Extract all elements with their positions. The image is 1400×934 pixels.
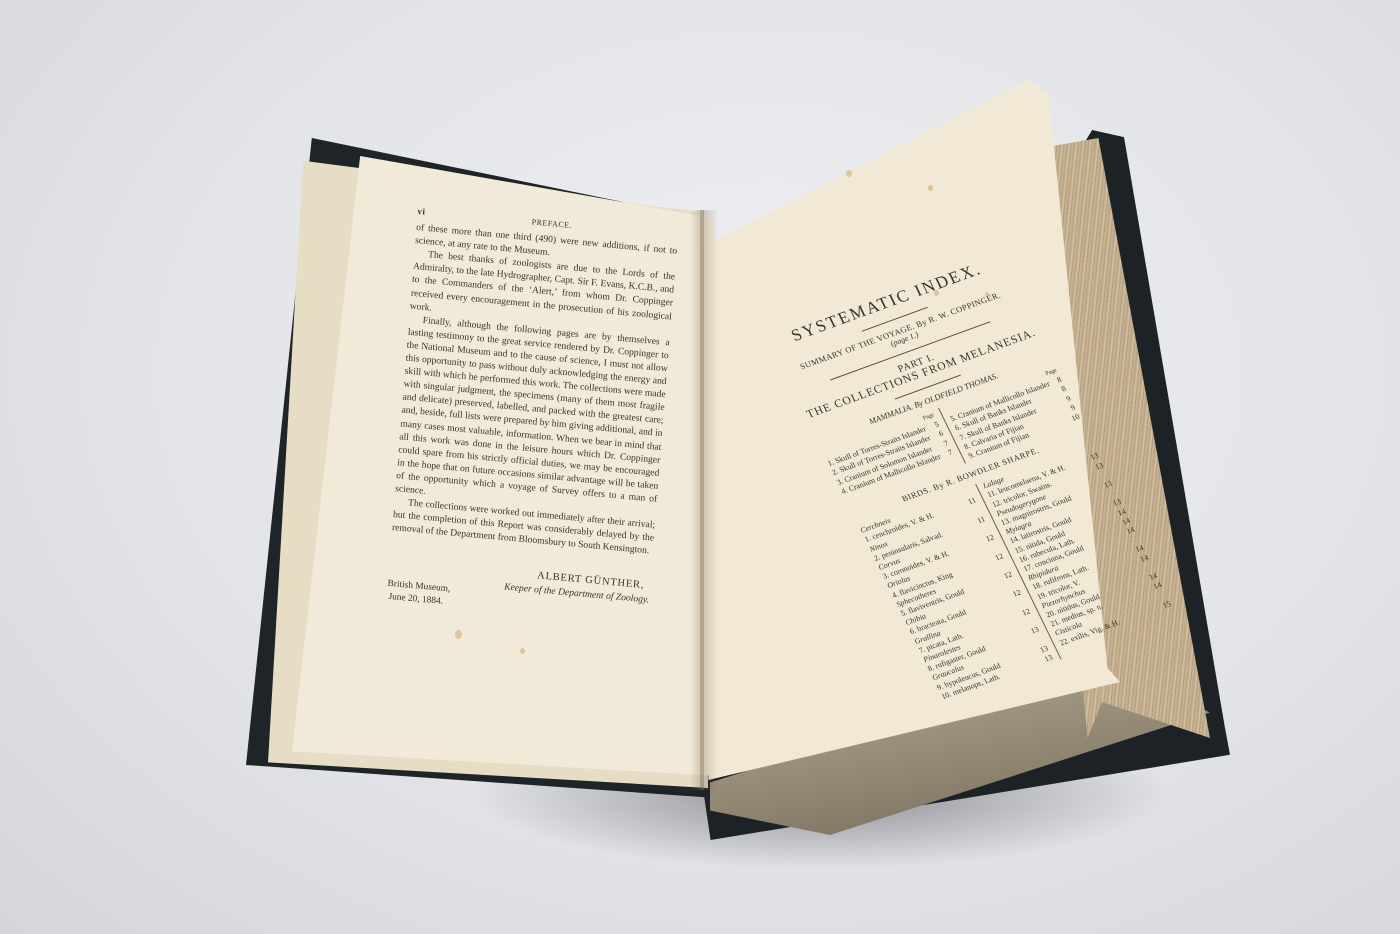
mammalia-col-left: Page 1. Skull of Torres-Straits Islander… — [816, 408, 965, 508]
foxing-spot — [928, 185, 933, 191]
gutter-shadow-left — [690, 210, 704, 790]
foxing-spot — [520, 648, 525, 654]
foxing-spot — [846, 170, 852, 177]
preface-text-block: vi PREFACE. of these more than one third… — [385, 205, 679, 640]
running-head: PREFACE. — [531, 215, 572, 232]
foxing-spot — [455, 630, 462, 639]
book-photo: vi PREFACE. of these more than one third… — [0, 0, 1400, 934]
preface-paragraph: Finally, although the following pages ar… — [395, 312, 671, 518]
mammalia-col-right: Page 5. Cranium of Mallicollo Islander8 … — [938, 364, 1088, 464]
page-number: vi — [417, 205, 426, 219]
